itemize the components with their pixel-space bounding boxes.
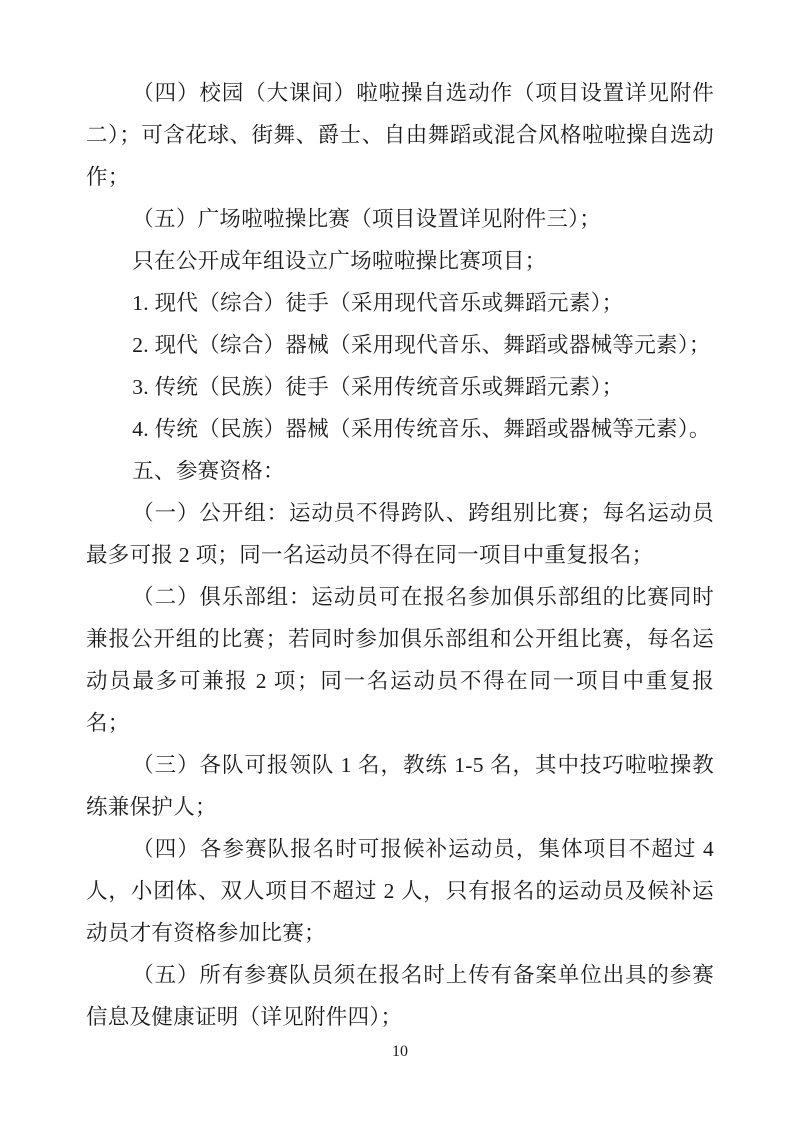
document-paragraph: 2. 现代（综合）器械（采用现代音乐、舞蹈或器械等元素）； <box>86 324 714 366</box>
document-paragraph: 3. 传统（民族）徒手（采用传统音乐或舞蹈元素）； <box>86 366 714 408</box>
document-paragraph: （四）校园（大课间）啦啦操自选动作（项目设置详见附件二）；可含花球、街舞、爵士、… <box>86 72 714 198</box>
document-paragraph: （五）所有参赛队员须在报名时上传有备案单位出具的参赛信息及健康证明（详见附件四）… <box>86 954 714 1038</box>
document-paragraph: 4. 传统（民族）器械（采用传统音乐、舞蹈或器械等元素）。 <box>86 408 714 450</box>
page-number: 10 <box>0 1042 800 1062</box>
document-page: （四）校园（大课间）啦啦操自选动作（项目设置详见附件二）；可含花球、街舞、爵士、… <box>0 0 800 1131</box>
document-paragraph: （五）广场啦啦操比赛（项目设置详见附件三）； <box>86 198 714 240</box>
document-paragraph: 1. 现代（综合）徒手（采用现代音乐或舞蹈元素）； <box>86 282 714 324</box>
document-paragraph: （三）各队可报领队 1 名，教练 1-5 名，其中技巧啦啦操教练兼保护人； <box>86 744 714 828</box>
document-paragraph: （二）俱乐部组：运动员可在报名参加俱乐部组的比赛同时兼报公开组的比赛；若同时参加… <box>86 576 714 744</box>
section-heading: 五、参赛资格： <box>86 450 714 492</box>
document-paragraph: （四）各参赛队报名时可报候补运动员，集体项目不超过 4 人，小团体、双人项目不超… <box>86 828 714 954</box>
document-body: （四）校园（大课间）啦啦操自选动作（项目设置详见附件二）；可含花球、街舞、爵士、… <box>86 72 714 1038</box>
document-paragraph: 只在公开成年组设立广场啦啦操比赛项目； <box>86 240 714 282</box>
document-paragraph: （一）公开组：运动员不得跨队、跨组别比赛；每名运动员最多可报 2 项；同一名运动… <box>86 492 714 576</box>
